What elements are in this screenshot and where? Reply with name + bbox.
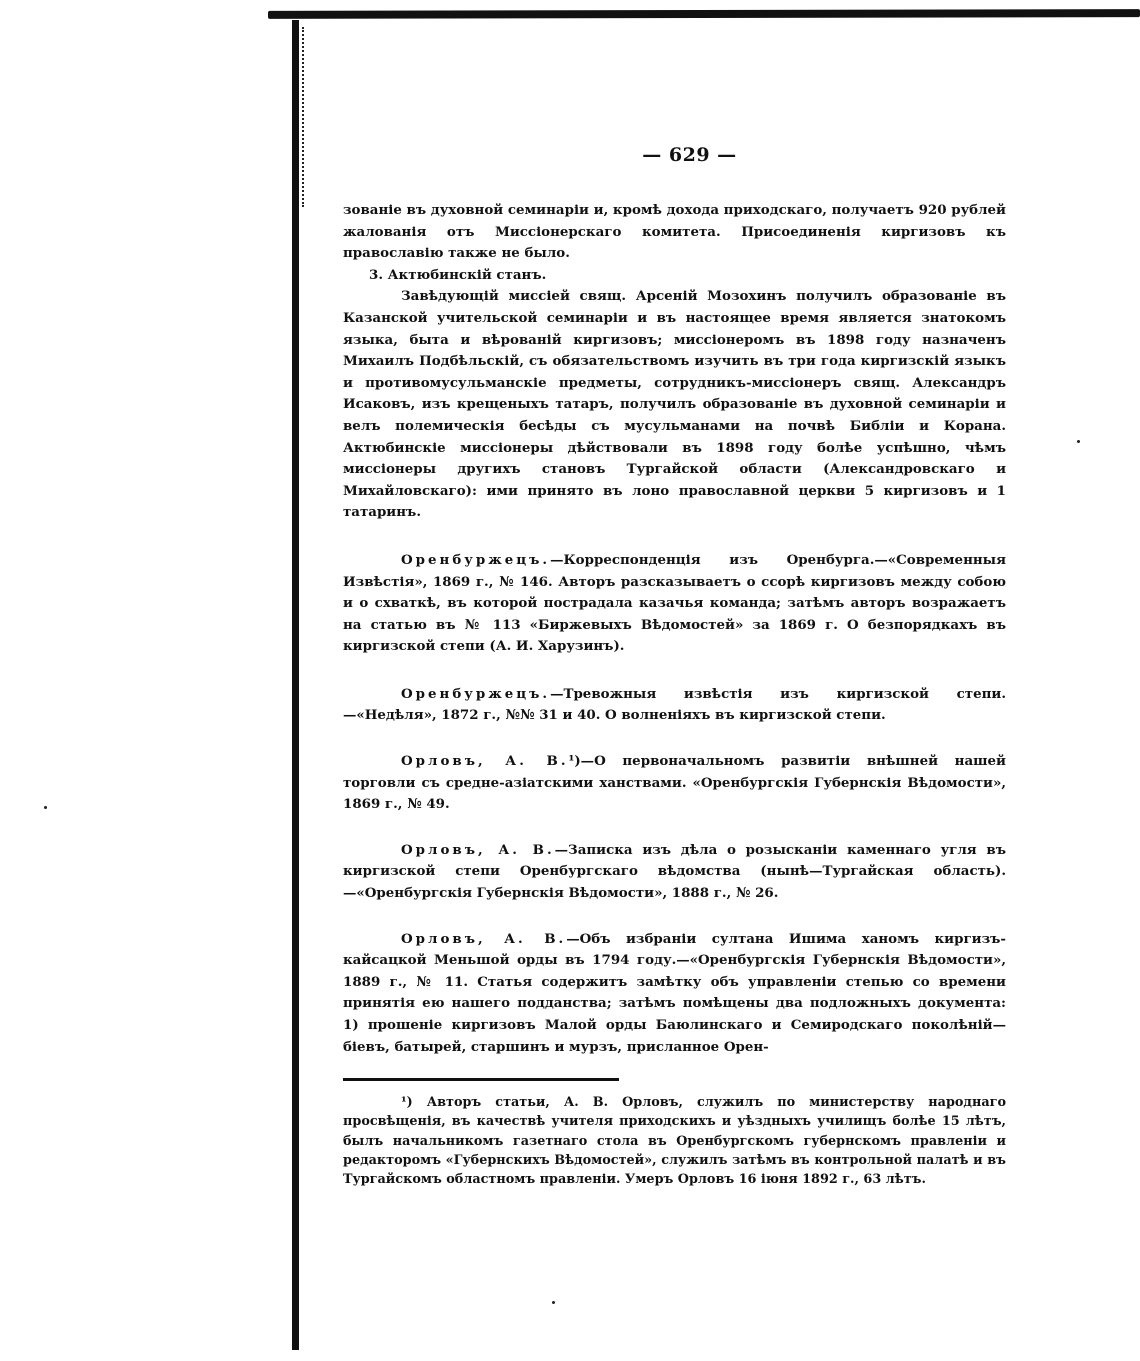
section-heading: 3. Актюбинскій станъ.: [343, 265, 1006, 287]
footnote-text: Авторъ статьи, А. В. Орловъ, служилъ по …: [343, 1095, 1006, 1187]
page-number: — 629 —: [373, 140, 1006, 170]
section-paragraph: Завѣдующій миссіей свящ. Арсеній Мозохин…: [343, 286, 1006, 524]
entry-author: Орловъ, А. В.: [401, 931, 566, 947]
scan-speck: [552, 1301, 555, 1304]
scan-speck: [44, 806, 47, 809]
footnote-divider: [343, 1078, 619, 1081]
bibliography-entry: Орловъ, А. В.—Записка изъ дѣла о розыска…: [343, 840, 1006, 905]
page-binding-edge: [292, 20, 299, 1350]
bibliography-entry: Орловъ, А. В.—Объ избраніи султана Ишима…: [343, 929, 1006, 1059]
entry-author: Орловъ, А. В.: [401, 842, 555, 858]
bibliography-entry: Орловъ, А. В.¹)—О первоначальномъ развит…: [343, 751, 1006, 816]
page-dotted-margin: [302, 27, 306, 207]
entry-text: —Объ избраніи султана Ишима ханомъ кирги…: [343, 931, 1006, 1055]
scanned-page: — 629 — зованіе въ духовной семинаріи и,…: [0, 0, 1140, 1361]
scan-speck: [1077, 440, 1080, 443]
entry-author: Орловъ, А. В.: [401, 753, 568, 769]
footnote: ¹) Авторъ статьи, А. В. Орловъ, служилъ …: [343, 1093, 1006, 1189]
bibliography-entry: Оренбуржецъ.—Корреспонденція изъ Оренбур…: [343, 550, 1006, 658]
bibliography-entry: Оренбуржецъ.—Тревожныя извѣстія изъ кирг…: [343, 684, 1006, 727]
entry-author: Оренбуржецъ.: [401, 686, 550, 702]
page-content: — 629 — зованіе въ духовной семинаріи и,…: [343, 140, 1006, 1190]
page-top-edge: [268, 9, 1140, 19]
entry-author: Оренбуржецъ.: [401, 552, 550, 568]
continuation-paragraph: зованіе въ духовной семинаріи и, кромѣ д…: [343, 200, 1006, 265]
footnote-marker: ¹): [401, 1095, 413, 1110]
